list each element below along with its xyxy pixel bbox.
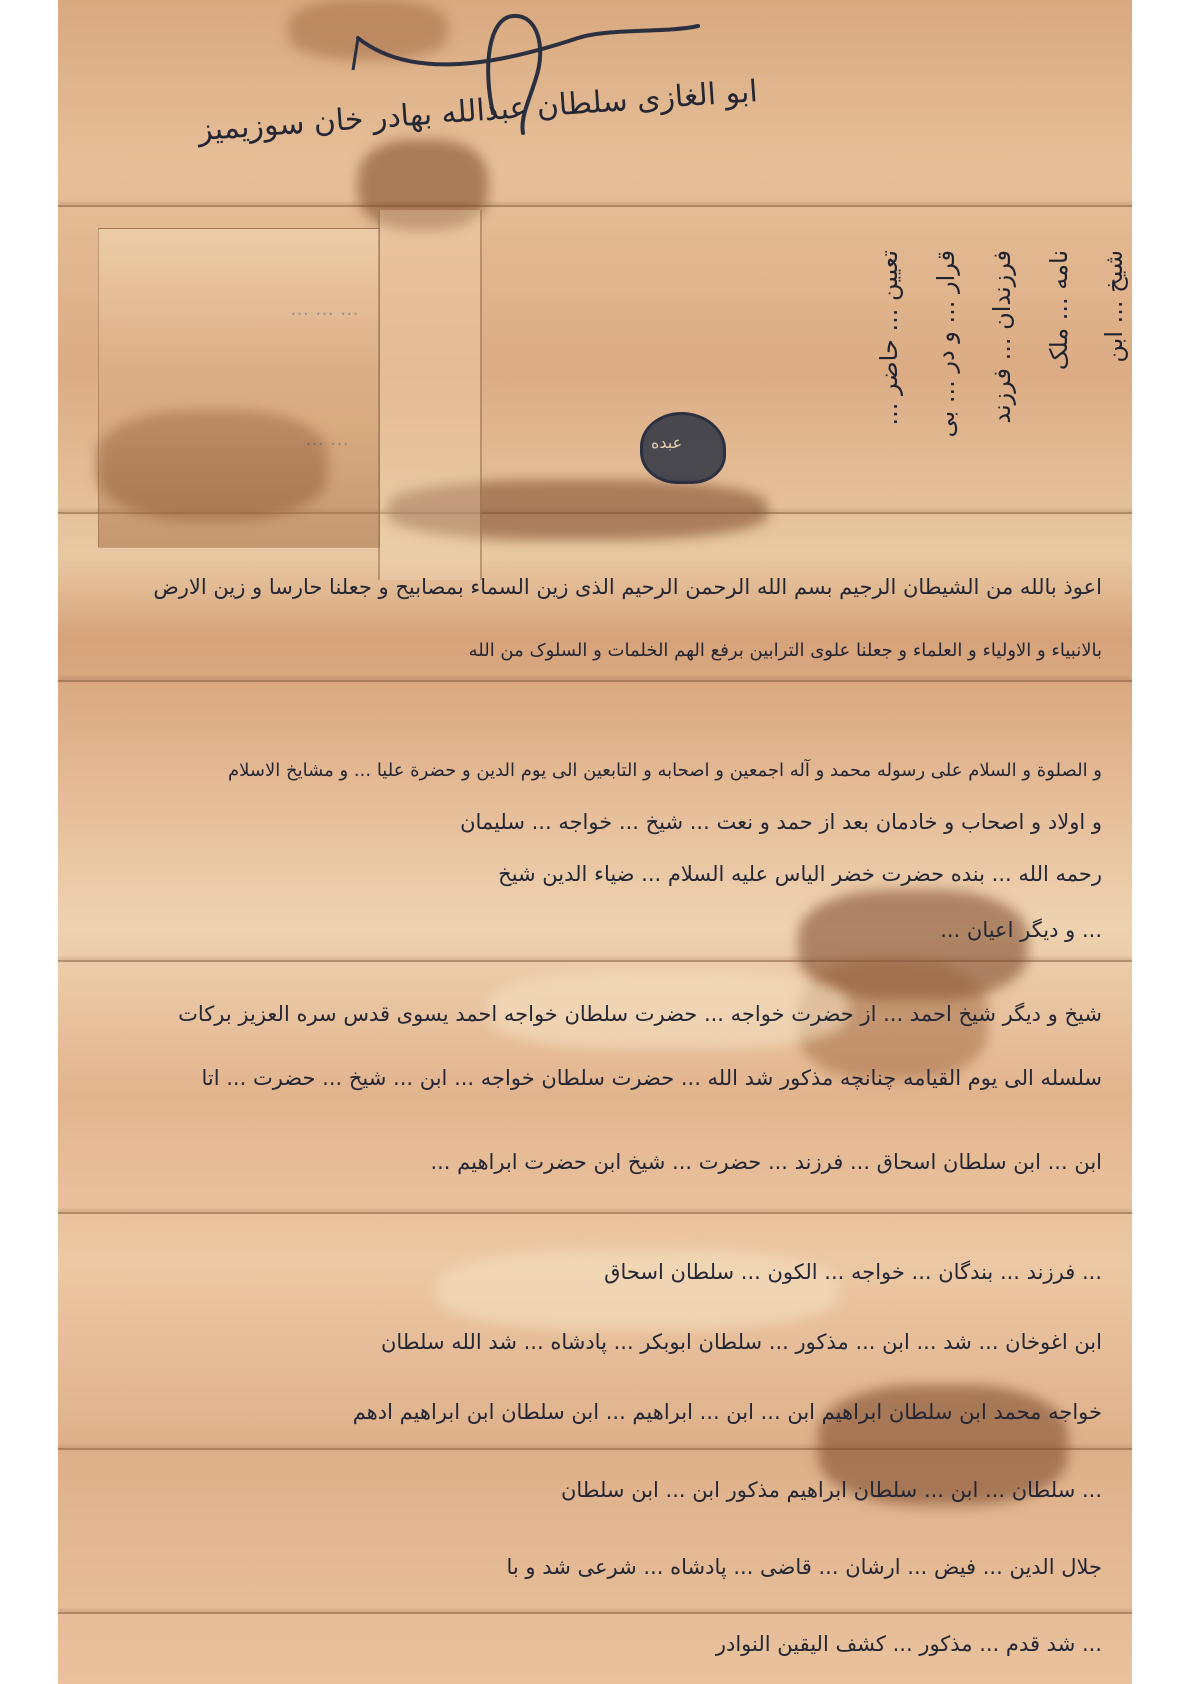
body-line: ... سلطان ... ابن ... سلطان ابراهیم مذکو… — [561, 1478, 1102, 1502]
marginal-column: قرار ... و در ... بی — [932, 250, 960, 437]
body-line: بالانبیاء و الاولیاء و العلماء و جعلنا ع… — [469, 640, 1102, 661]
faded-text: ... ... ... — [291, 299, 359, 320]
body-line: خواجه محمد ابن سلطان ابراهیم ابن ... ابن… — [353, 1400, 1102, 1424]
body-line: سلسله الی یوم القیامه چنانچه مذکور شد ال… — [201, 1066, 1102, 1090]
body-line: جلال الدین ... فیض ... ارشان ... قاضی ..… — [506, 1555, 1102, 1579]
body-line: و الصلوة و السلام علی رسوله محمد و آله ا… — [228, 760, 1102, 781]
body-line: ابن اغوخان ... شد ... ابن ... مذکور ... … — [381, 1330, 1102, 1354]
body-line: و اولاد و اصحاب و خادمان بعد از حمد و نع… — [460, 810, 1102, 834]
marginal-column: تعیین ... حاضر ... — [875, 250, 903, 425]
body-line: ... و دیگر اعیان ... — [940, 918, 1102, 942]
faded-text-panel: ... ... ... ... ... — [98, 228, 380, 548]
body-line: اعوذ بالله من الشیطان الرجیم بسم الله ال… — [153, 575, 1102, 599]
paper-repair-strip — [378, 210, 482, 580]
fold-line — [58, 1612, 1132, 1614]
marginal-column: فرزندان ... فرزند — [988, 250, 1016, 424]
fold-line — [58, 680, 1132, 682]
fold-line — [58, 205, 1132, 207]
body-line: شیخ و دیگر شیخ احمد ... از حضرت خواجه ..… — [178, 1002, 1102, 1026]
scan-backing: ... ... ... ... ... ابو الغازی سلطان عبد… — [58, 0, 1132, 1684]
body-line: ... شد قدم ... مذکور ... کشف الیقین النو… — [716, 1632, 1102, 1656]
fold-line — [58, 1212, 1132, 1214]
seal-inscription: عبده — [651, 433, 682, 452]
body-line: رحمه الله ... بنده حضرت خضر الیاس علیه ا… — [498, 862, 1102, 886]
marginal-column: نامه ... ملک — [1045, 250, 1073, 370]
body-line: ابن ... ابن سلطان اسحاق ... فرزند ... حض… — [430, 1150, 1102, 1174]
seal-impression: عبده — [640, 412, 726, 484]
marginal-column: شیخ ... ابن — [1100, 250, 1128, 363]
marginal-note: شیخ ... ابن نامه ... ملک فرزندان ... فرز… — [828, 250, 1128, 510]
faded-text: ... ... — [305, 429, 349, 450]
manuscript-sheet: ... ... ... ... ... ابو الغازی سلطان عبد… — [58, 0, 1132, 1684]
body-line: ... فرزند ... بندگان ... خواجه ... الکون… — [604, 1260, 1102, 1284]
